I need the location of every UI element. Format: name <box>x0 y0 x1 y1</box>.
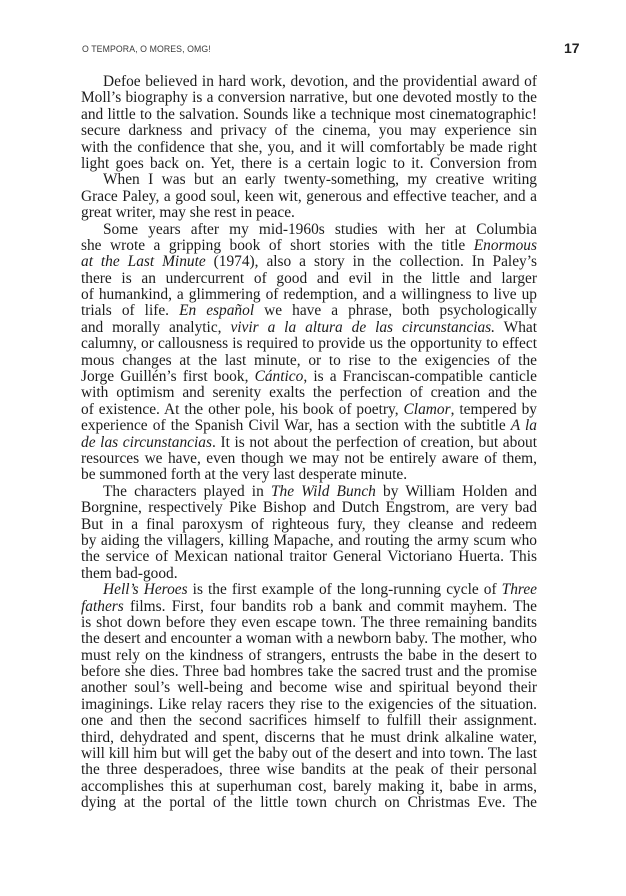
text-line: of humankind, a glimmering of redemption… <box>81 287 537 303</box>
text-line: Defoe believed in hard work, devotion, a… <box>81 74 537 90</box>
text-line: the service of Mexican national traitor … <box>81 549 537 565</box>
paragraph: The characters played in The Wild Bunch … <box>81 484 537 582</box>
text-line: and morally analytic, vivir a la altura … <box>81 320 537 336</box>
paragraph: Hell’s Heroes is the first example of th… <box>81 582 537 811</box>
text-line: de las circunstancias. It is not about t… <box>81 435 537 451</box>
text-line: trials of life. En español we have a phr… <box>81 303 537 319</box>
text-line: Jorge Guillén’s first book, Cántico, is … <box>81 369 537 385</box>
text-line: before she dies. Three bad hombres take … <box>81 664 537 680</box>
text-line: Moll’s biography is a conversion narrati… <box>81 90 537 106</box>
text-line: at the Last Minute (1974), also a story … <box>81 254 537 270</box>
book-page: O TEMPORA, O MORES, OMG! 17 Defoe believ… <box>0 0 626 896</box>
text-line: great writer, may she rest in peace. <box>81 205 537 221</box>
text-line: the three desperadoes, three wise bandit… <box>81 762 537 778</box>
text-line: is shot down before they even escape tow… <box>81 615 537 631</box>
paragraph: Some years after my mid-1960s studies wi… <box>81 222 537 484</box>
paragraph: When I was but an early twenty-something… <box>81 172 537 221</box>
text-line: another soul’s well-being and become wis… <box>81 680 537 696</box>
text-line: Grace Paley, a good soul, keen wit, gene… <box>81 189 537 205</box>
text-line: must rely on the kindness of strangers, … <box>81 648 537 664</box>
page-number: 17 <box>564 40 580 56</box>
text-line: and little to the salvation. Sounds like… <box>81 107 537 123</box>
text-line: Hell’s Heroes is the first example of th… <box>81 582 537 598</box>
text-line: with the confidence that she, you, and i… <box>81 140 537 156</box>
text-line: there is an undercurrent of good and evi… <box>81 271 537 287</box>
text-line: will kill him but will get the baby out … <box>81 746 537 762</box>
text-line: the desert and encounter a woman with a … <box>81 631 537 647</box>
text-line: fathers films. First, four bandits rob a… <box>81 599 537 615</box>
text-line: Some years after my mid-1960s studies wi… <box>81 222 537 238</box>
text-line: with optimism and serenity exalts the pe… <box>81 385 537 401</box>
text-line: But in a final paroxysm of righteous fur… <box>81 517 537 533</box>
body-text: Defoe believed in hard work, devotion, a… <box>81 74 537 812</box>
text-line: by aiding the villagers, killing Mapache… <box>81 533 537 549</box>
text-line: of existence. At the other pole, his boo… <box>81 402 537 418</box>
text-line: be summoned forth at the very last despe… <box>81 467 537 483</box>
text-line: mous changes at the last minute, or to r… <box>81 353 537 369</box>
text-line: calumny, or callousness is required to p… <box>81 336 537 352</box>
text-line: experience of the Spanish Civil War, has… <box>81 418 537 434</box>
text-line: The characters played in The Wild Bunch … <box>81 484 537 500</box>
text-line: she wrote a gripping book of short stori… <box>81 238 537 254</box>
text-line: dying at the portal of the little town c… <box>81 795 537 811</box>
text-line: accomplishes this at superhuman cost, ba… <box>81 779 537 795</box>
text-line: imaginings. Like relay racers they rise … <box>81 697 537 713</box>
text-line: When I was but an early twenty-something… <box>81 172 537 188</box>
text-line: Borgnine, respectively Pike Bishop and D… <box>81 500 537 516</box>
paragraph: Defoe believed in hard work, devotion, a… <box>81 74 537 172</box>
running-head: O TEMPORA, O MORES, OMG! <box>82 44 211 55</box>
text-line: them bad-good. <box>81 566 537 582</box>
text-line: light goes back on. Yet, there is a cert… <box>81 156 537 172</box>
text-line: one and then the second sacrifices himse… <box>81 713 537 729</box>
text-line: secure darkness and privacy of the cinem… <box>81 123 537 139</box>
text-line: third, dehydrated and spent, discerns th… <box>81 730 537 746</box>
text-line: resources we have, even though we may no… <box>81 451 537 467</box>
